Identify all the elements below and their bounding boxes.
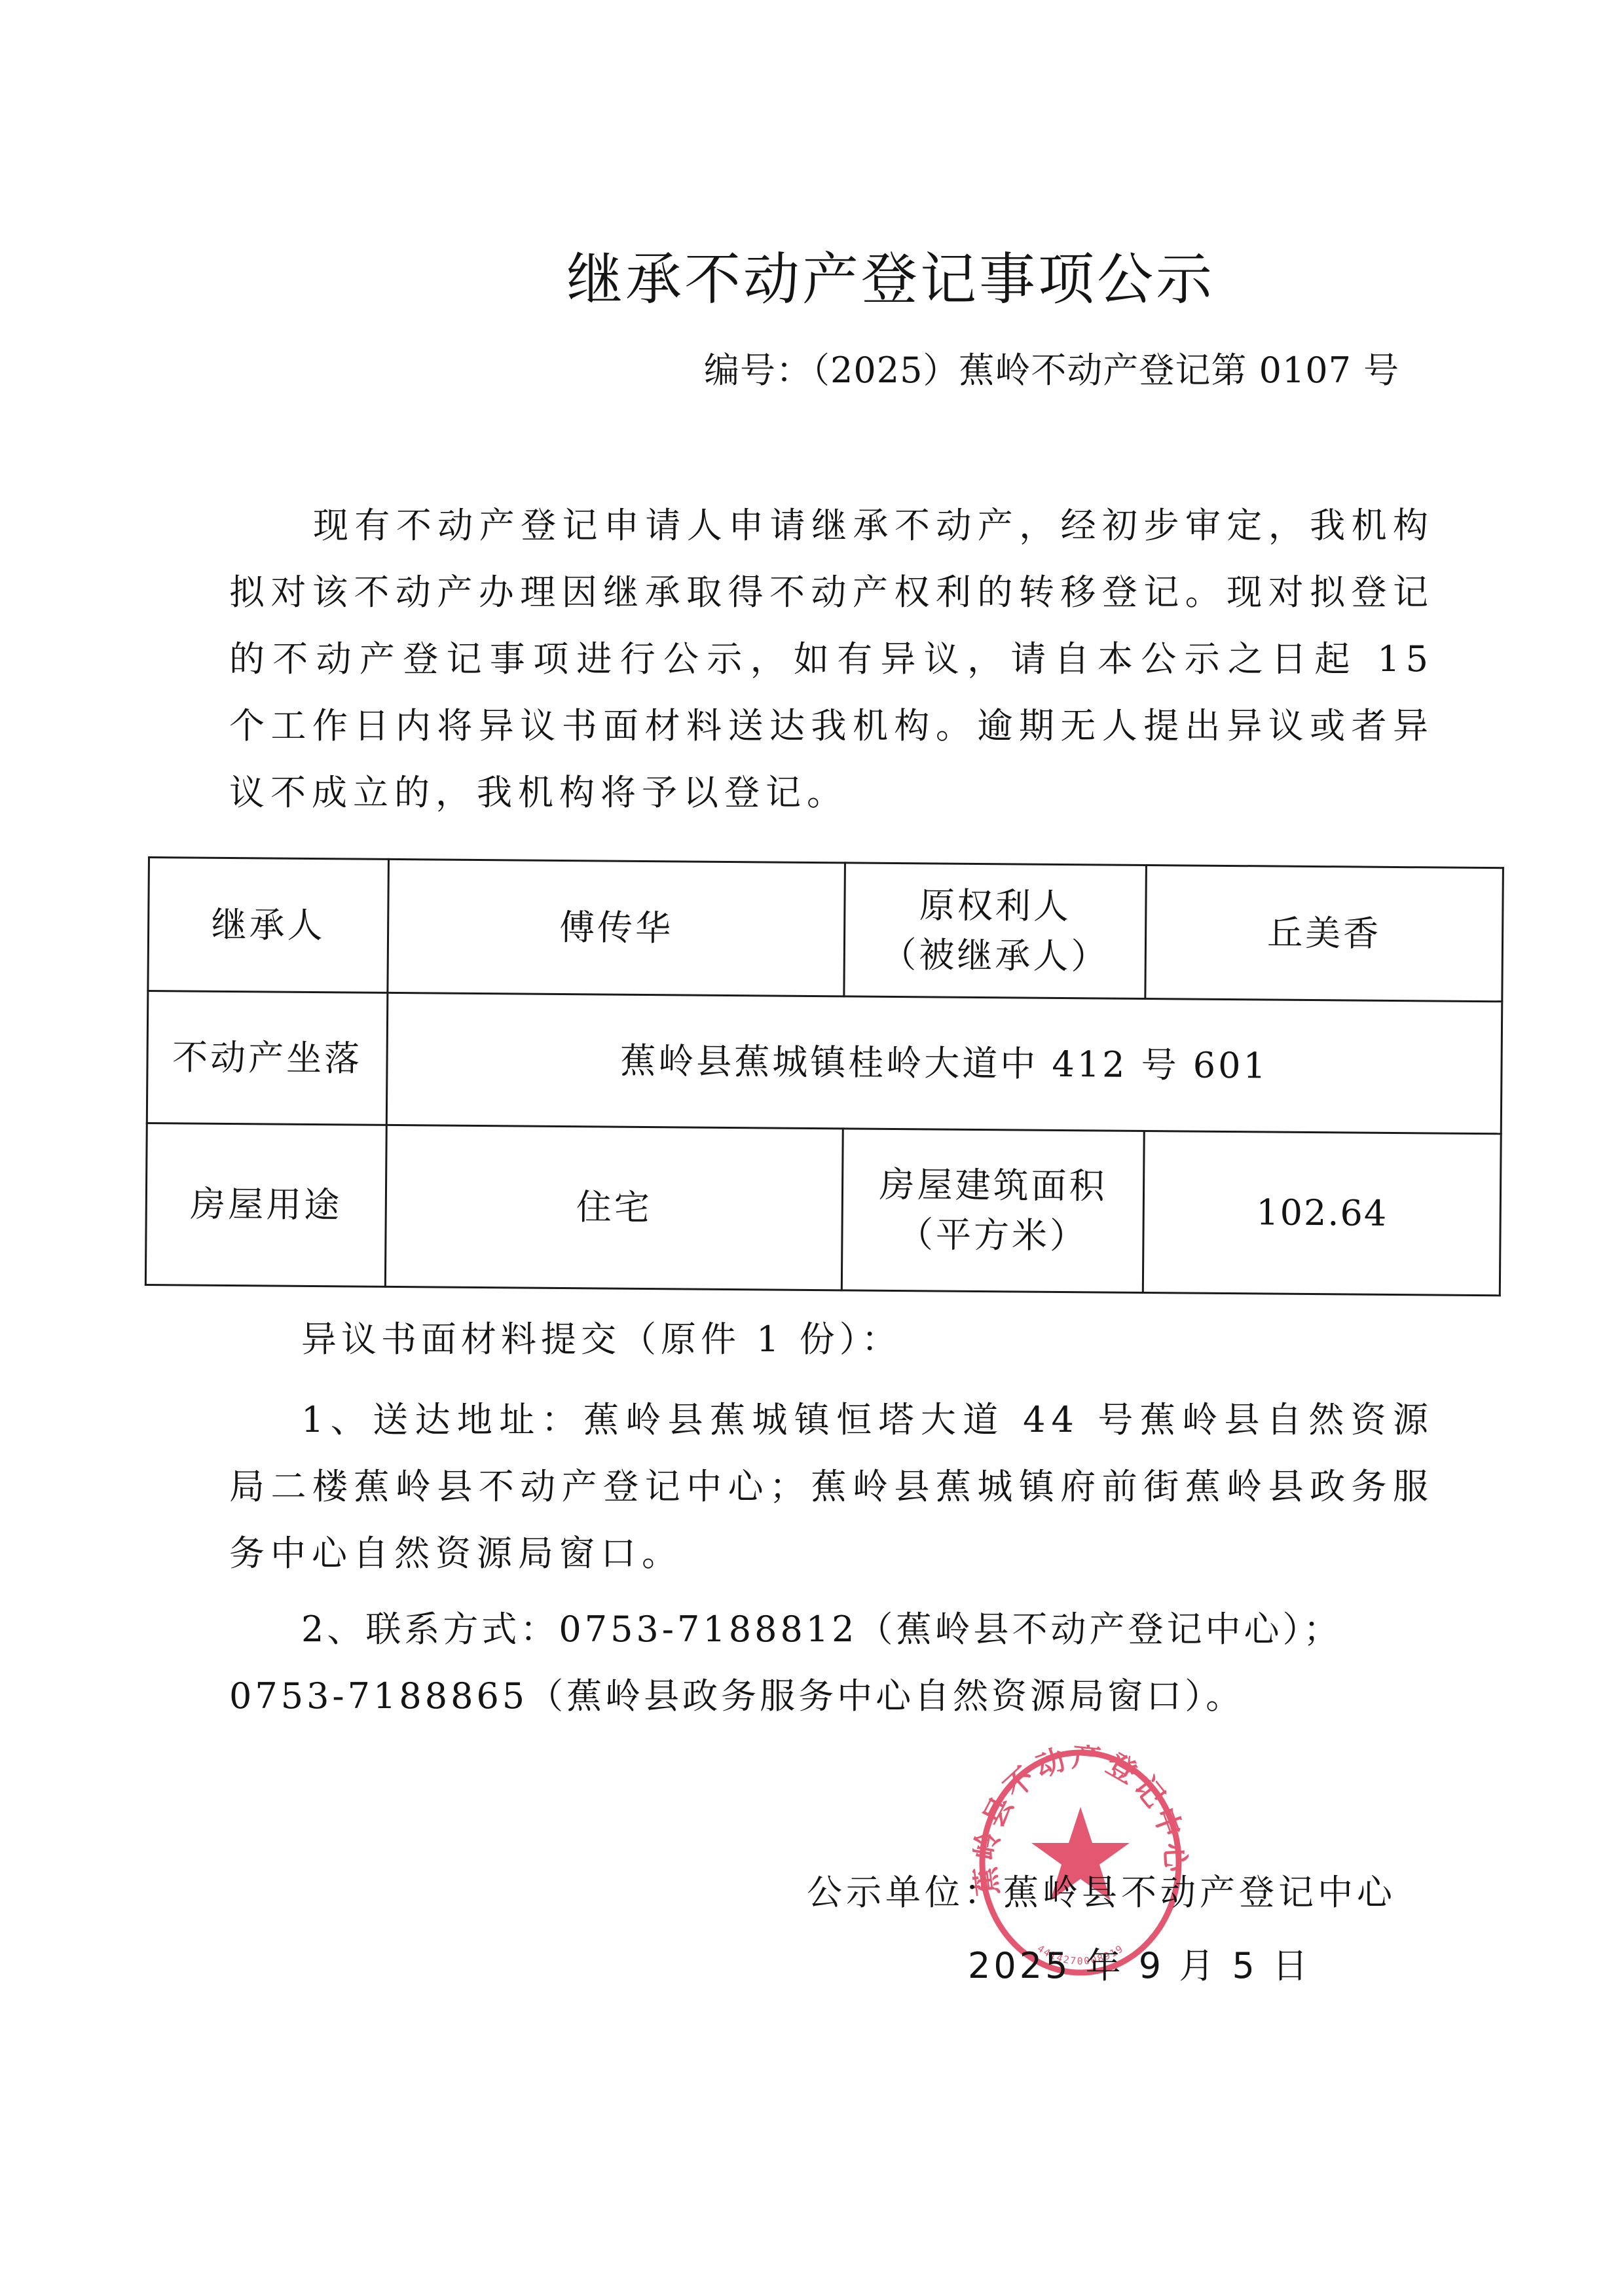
area-value: 102.64 xyxy=(1143,1131,1501,1296)
document-number: 编号：（2025）蕉岭不动产登记第 0107 号 xyxy=(704,347,1437,394)
area-label-line1: 房屋建筑面积 xyxy=(843,1160,1143,1212)
area-label: 房屋建筑面积 （平方米） xyxy=(841,1129,1144,1292)
original-owner-label-line2: （被继承人） xyxy=(845,930,1145,982)
location-value: 蕉岭县蕉城镇桂岭大道中 412 号 601 xyxy=(386,993,1502,1134)
usage-value: 住宅 xyxy=(385,1125,843,1290)
heir-value: 傅传华 xyxy=(388,859,845,996)
issuer-signature: 公示单位：蕉岭县不动产登记中心 xyxy=(807,1865,1396,1915)
table-row: 不动产坐落 蕉岭县蕉城镇桂岭大道中 412 号 601 xyxy=(147,991,1502,1134)
issue-date: 2025 年 9 月 5 日 xyxy=(968,1938,1311,1988)
table-row: 继承人 傅传华 原权利人 （被继承人） 丘美香 xyxy=(148,858,1504,1002)
original-owner-label-line1: 原权利人 xyxy=(845,880,1145,932)
objection-address: 1、送达地址：蕉岭县蕉城镇恒塔大道 44 号蕉岭县自然资源局二楼蕉岭县不动产登记… xyxy=(229,1387,1434,1587)
registration-table: 继承人 傅传华 原权利人 （被继承人） 丘美香 不动产坐落 蕉岭县蕉城镇桂岭大道… xyxy=(145,856,1504,1296)
page-title: 继承不动产登记事项公示 xyxy=(566,244,1234,316)
notice-page: 继承不动产登记事项公示 编号：（2025）蕉岭不动产登记第 0107 号 现有不… xyxy=(0,0,1624,2296)
area-label-line2: （平方米） xyxy=(843,1210,1143,1262)
location-label: 不动产坐落 xyxy=(147,991,388,1125)
original-owner-label: 原权利人 （被继承人） xyxy=(844,863,1147,999)
table-row: 房屋用途 住宅 房屋建筑面积 （平方米） 102.64 xyxy=(145,1123,1501,1296)
original-owner-value: 丘美香 xyxy=(1145,865,1504,1002)
objection-contact: 2、联系方式：0753-7188812（蕉岭县不动产登记中心）；0753-718… xyxy=(229,1596,1447,1730)
intro-paragraph: 现有不动产登记申请人申请继承不动产，经初步审定，我机构拟对该不动产办理因继承取得… xyxy=(229,492,1434,826)
heir-label: 继承人 xyxy=(148,858,389,993)
usage-label: 房屋用途 xyxy=(145,1123,386,1287)
objection-heading: 异议书面材料提交（原件 1 份）： xyxy=(301,1316,902,1363)
